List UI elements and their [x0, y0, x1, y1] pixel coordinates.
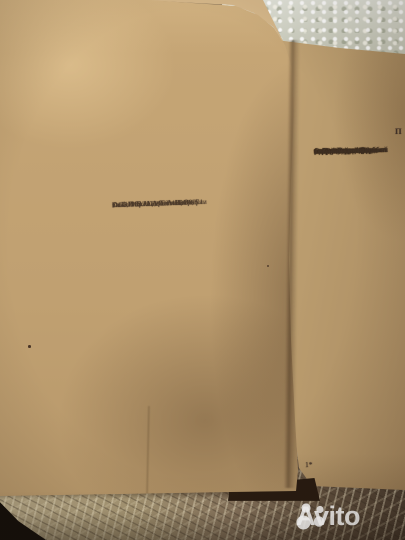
preface-text-block: «Русская история втому же читателю, чСоз… — [314, 144, 405, 147]
page-crease — [146, 406, 149, 494]
text-line: лет займут стол — [314, 145, 368, 156]
page-speck — [267, 265, 269, 267]
book-listing-photo: П «Русская история втому же читателю, чС… — [0, 0, 405, 540]
signature-mark: 1* — [305, 460, 313, 469]
imprint-line: Заказ 3912. Тираж 100 000. — [112, 198, 198, 211]
page-heading-fragment: П — [395, 126, 402, 136]
page-speck — [28, 345, 31, 348]
avito-watermark: Avito — [296, 498, 405, 534]
avito-wordmark: Avito — [296, 501, 360, 531]
imprint-block: ОТПЕЧАТАНОв 1-й Образцовой типографииГиз… — [112, 197, 232, 201]
